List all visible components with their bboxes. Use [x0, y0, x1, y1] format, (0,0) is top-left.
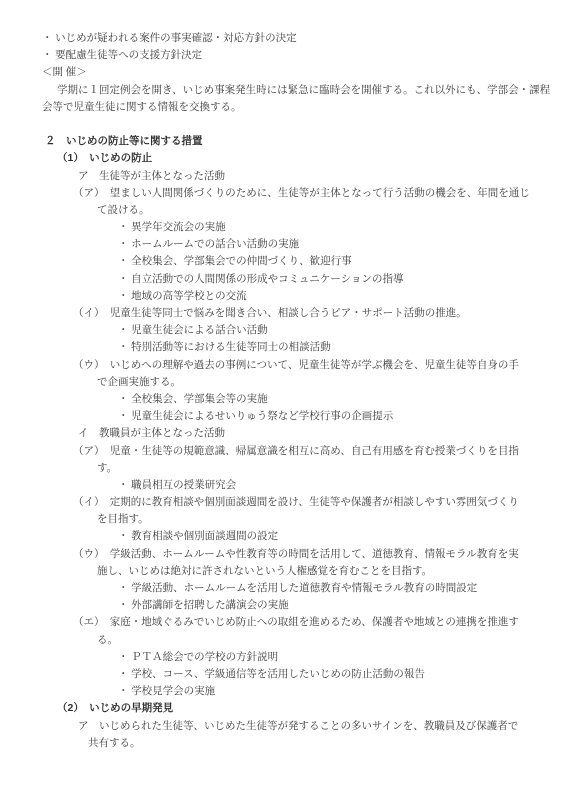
bullet-item: ・ 教育相談や個別面談週間の設定	[42, 528, 536, 545]
continuation-line: す。	[42, 460, 536, 477]
continuation-line: 施し、いじめは絶対に許されないという人権感覚を育むことを目指す。	[42, 563, 536, 580]
sub-item-line: （ア） 望ましい人間関係づくりのために、生徒等が主体となって行う活動の機会を、年…	[42, 185, 536, 202]
item-a-heading: ア 生徒等が主体となった活動	[42, 168, 536, 185]
top-bullet-item: ・ 要配慮生徒等への支援方針決定	[42, 47, 536, 64]
continuation-line: る。	[42, 632, 536, 649]
bullet-item: ・ 職員相互の授業研究会	[42, 477, 536, 494]
top-bullet-item: ・ いじめが疑われる案件の事実確認・対応方針の決定	[42, 30, 536, 47]
sub-item-line: （ウ） 学級活動、ホームルームや性教育等の時間を活用して、道徳教育、情報モラル教…	[42, 546, 536, 563]
section-2-heading: ２ いじめの防止等に関する措置	[42, 133, 536, 150]
sub-item-line: （イ） 定期的に教育相談や個別面談週間を設け、生徒等や保護者が相談しやすい雰囲気…	[42, 494, 536, 511]
paragraph-line: 学期に１回定例会を開き、いじめ事案発生時には緊急に臨時会を開催する。これ以外にも…	[42, 82, 536, 99]
sub-item-line: ア いじめられた生徒等、いじめた生徒等が発することの多いサインを、教職員及び保護…	[42, 718, 536, 735]
bullet-item: ・ 外部講師を招聘した講演会の実施	[42, 597, 536, 614]
bullet-item: ・ 全校集会、学部集会での仲間づくり、歓迎行事	[42, 253, 536, 270]
blank-line	[42, 116, 536, 133]
paragraph-line: 会等で児童生徒に関する情報を交換する。	[42, 99, 536, 116]
sub-item-line: （ア） 児童・生徒等の規範意識、帰属意識を相互に高め、自己有用感を育む授業づくり…	[42, 443, 536, 460]
bullet-item: ・ 児童生徒会による話合い活動	[42, 322, 536, 339]
bullet-item: ・ 特別活動等における生徒等同士の相談活動	[42, 339, 536, 356]
bullet-item: ・ 学校見学会の実施	[42, 683, 536, 700]
item-i-heading: イ 教職員が主体となった活動	[42, 425, 536, 442]
continuation-line: て設ける。	[42, 202, 536, 219]
continuation-line: を目指す。	[42, 511, 536, 528]
sub-item-line: （エ） 家庭・地域ぐるみでいじめ防止への取組を進めるため、保護者や地域との連携を…	[42, 614, 536, 631]
document-page: ・ いじめが疑われる案件の事実確認・対応方針の決定 ・ 要配慮生徒等への支援方針…	[0, 0, 566, 800]
continuation-line: 共有する。	[42, 735, 536, 752]
bullet-item: ・ ホームルームでの話合い活動の実施	[42, 236, 536, 253]
bullet-item: ・ 学校、コース、学級通信等を活用したいじめの防止活動の報告	[42, 666, 536, 683]
sub-item-line: （ウ） いじめへの理解や過去の事例について、児童生徒等が学ぶ機会を、児童生徒等自…	[42, 357, 536, 374]
bullet-item: ・ 学級活動、ホームルームを活用した道徳教育や情報モラル教育の時間設定	[42, 580, 536, 597]
continuation-line: で企画実施する。	[42, 374, 536, 391]
sub-item-line: （イ） 児童生徒等同士で悩みを聞き合い、相談し合うピア・サポート活動の推進。	[42, 305, 536, 322]
bullet-item: ・ 自立活動での人間関係の形成やコミュニケーションの指導	[42, 271, 536, 288]
kaisai-label: ＜開 催＞	[42, 64, 536, 81]
subsection-1-heading: （1） いじめの防止	[42, 150, 536, 167]
bullet-item: ・ 児童生徒会によるせいりゅう祭など学校行事の企画提示	[42, 408, 536, 425]
bullet-item: ・ 全校集会、学部集会等の実施	[42, 391, 536, 408]
bullet-item: ・ 異学年交流会の実施	[42, 219, 536, 236]
bullet-item: ・ ＰＴＡ総会での学校の方針説明	[42, 649, 536, 666]
subsection-2-heading: （2） いじめの早期発見	[42, 700, 536, 717]
bullet-item: ・ 地域の高等学校との交流	[42, 288, 536, 305]
